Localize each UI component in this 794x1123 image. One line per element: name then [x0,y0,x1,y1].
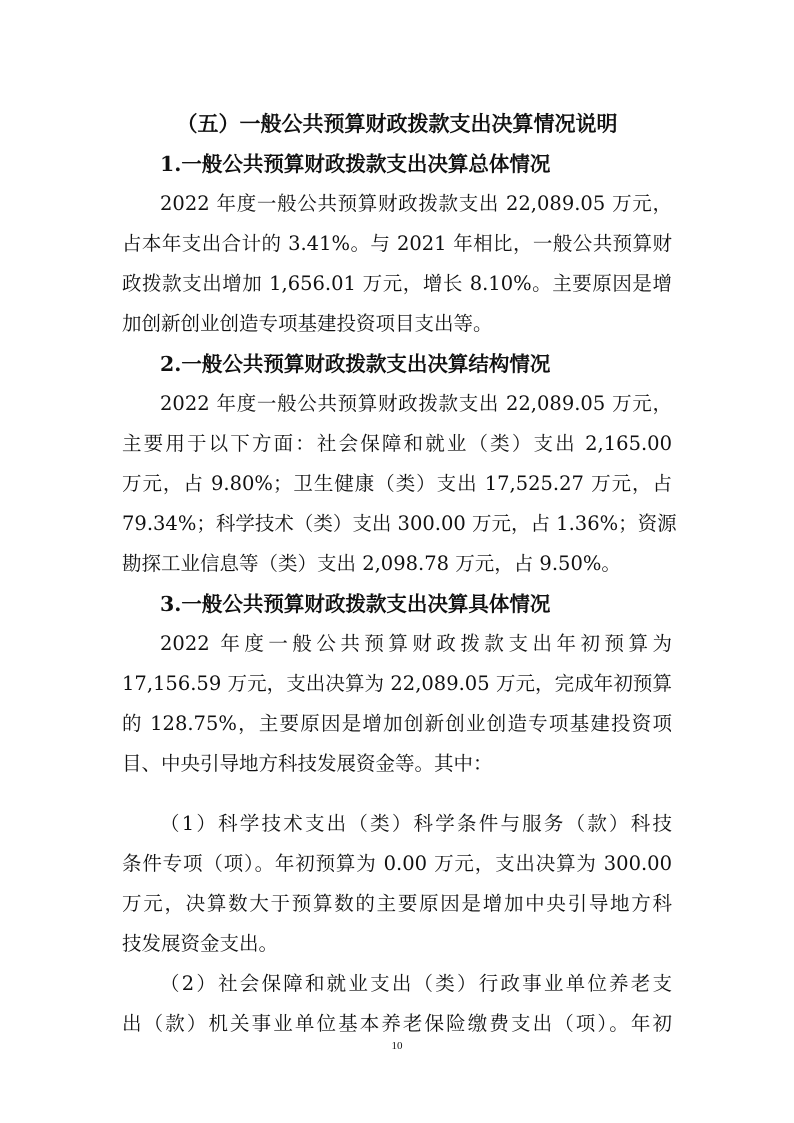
heading-structure: 2.一般公共预算财政拨款支出决算结构情况 [160,344,550,384]
paragraph-line: 勘探工业信息等（类）支出 2,098.78 万元，占 9.50%。 [122,544,672,584]
section-title: （五）一般公共预算财政拨款支出决算情况说明 [0,104,794,144]
page-number: 10 [0,1040,794,1052]
heading-details: 3.一般公共预算财政拨款支出决算具体情况 [160,584,550,624]
paragraph-line: 79.34%；科学技术（类）支出 300.00 万元，占 1.36%；资源 [122,504,672,544]
heading-overall: 1.一般公共预算财政拨款支出决算总体情况 [160,144,550,184]
item-line: 条件专项（项）。年初预算为 0.00 万元，支出决算为 300.00 [122,844,672,884]
item-line: 技发展资金支出。 [122,924,672,964]
document-page: （五）一般公共预算财政拨款支出决算情况说明 1.一般公共预算财政拨款支出决算总体… [0,0,794,1123]
paragraph-line: 2022 年度一般公共预算财政拨款支出年初预算为 [160,624,672,664]
paragraph-line: 加创新创业创造专项基建投资项目支出等。 [122,304,672,344]
paragraph-line: 2022 年度一般公共预算财政拨款支出 22,089.05 万元， [160,384,672,424]
paragraph-line: 主要用于以下方面：社会保障和就业（类）支出 2,165.00 [122,424,672,464]
item-line: （2）社会保障和就业支出（类）行政事业单位养老支 [160,964,672,1004]
paragraph-line: 17,156.59 万元，支出决算为 22,089.05 万元，完成年初预算 [122,664,672,704]
paragraph-line: 的 128.75%，主要原因是增加创新创业创造专项基建投资项 [122,704,672,744]
paragraph-line: 万元，占 9.80%；卫生健康（类）支出 17,525.27 万元，占 [122,464,672,504]
paragraph-line: 目、中央引导地方科技发展资金等。其中： [122,744,672,784]
paragraph-line: 政拨款支出增加 1,656.01 万元，增长 8.10%。主要原因是增 [122,264,672,304]
item-line: 万元，决算数大于预算数的主要原因是增加中央引导地方科 [122,884,672,924]
paragraph-line: 2022 年度一般公共预算财政拨款支出 22,089.05 万元， [160,184,672,224]
item-line: 出（款）机关事业单位基本养老保险缴费支出（项）。年初 [122,1004,672,1044]
item-line: （1）科学技术支出（类）科学条件与服务（款）科技 [160,804,672,844]
paragraph-line: 占本年支出合计的 3.41%。与 2021 年相比，一般公共预算财 [122,224,672,264]
